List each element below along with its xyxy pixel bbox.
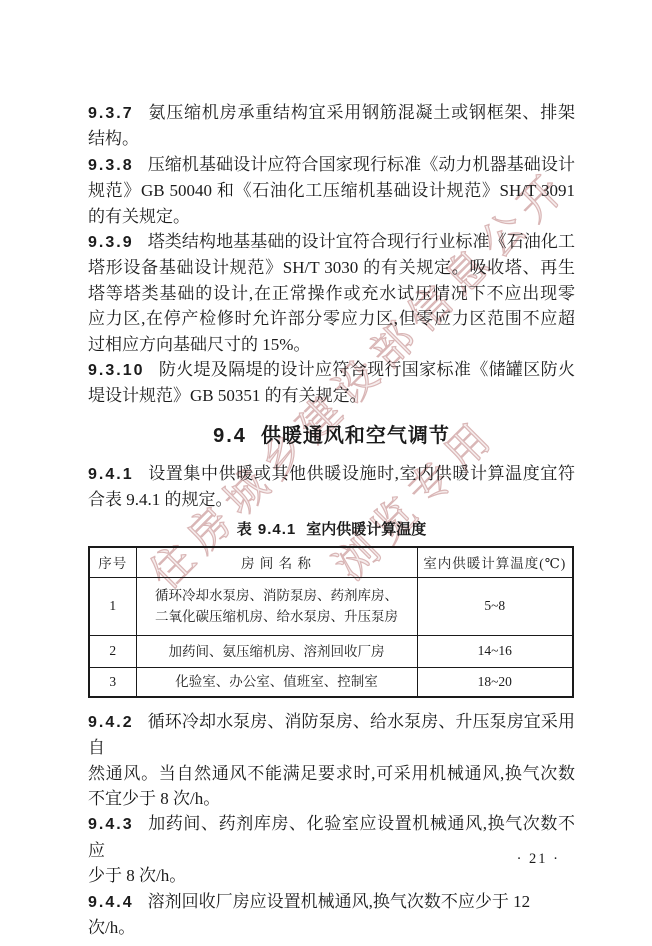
clause-text: 设置集中供暖或其他供暖设施时,室内供暖计算温度宜符: [148, 464, 575, 483]
clause-line: 9.4.1设置集中供暖或其他供暖设施时,室内供暖计算温度宜符: [88, 461, 575, 487]
rooms-cell: 循环冷却水泵房、消防泵房、药剂库房、二氧化碳压缩机房、给水泵房、升压泵房: [136, 577, 417, 635]
table-header-cell: 室内供暖计算温度(℃): [417, 547, 573, 578]
table-header-cell: 序号: [89, 547, 136, 578]
clause-line: 合表 9.4.1 的规定。: [88, 487, 575, 512]
clause-number: 9.4.4: [88, 894, 148, 911]
clause-line: 9.3.10防火堤及隔堤的设计应符合现行国家标准《储罐区防火: [88, 357, 575, 383]
table-header-cell: 房 间 名 称: [136, 547, 417, 578]
clause-9.4.2: 9.4.2循环冷却水泵房、消防泵房、给水泵房、升压泵房宜采用自然通风。当自然通风…: [88, 709, 575, 812]
clause-line: 9.3.7氨压缩机房承重结构宜采用钢筋混凝土或钢框架、排架: [88, 100, 575, 126]
clause-text: 防火堤及隔堤的设计应符合现行国家标准《储罐区防火: [158, 360, 575, 379]
clause-line: 然通风。当自然通风不能满足要求时,可采用机械通风,换气次数: [88, 761, 575, 786]
temperature-cell: 5~8: [417, 577, 573, 635]
clause-number: 9.3.8: [88, 157, 148, 174]
room-line: 循环冷却水泵房、消防泵房、药剂库房、: [139, 585, 415, 606]
clause-list-mid: 9.4.1设置集中供暖或其他供暖设施时,室内供暖计算温度宜符合表 9.4.1 的…: [88, 461, 575, 513]
clause-text: 压缩机基础设计应符合国家现行标准《动力机器基础设计: [148, 155, 575, 174]
clause-number: 9.4.3: [88, 816, 148, 833]
clause-line: 9.4.3加药间、药剂库房、化验室应设置机械通风,换气次数不应: [88, 811, 575, 863]
room-line: 二氧化碳压缩机房、给水泵房、升压泵房: [139, 606, 415, 627]
table-row: 2加药间、氨压缩机房、溶剂回收厂房14~16: [89, 635, 573, 667]
clause-line: 塔等塔类基础的设计,在正常操作或充水试压情况下不应出现零: [88, 281, 575, 306]
temperature-table: 序号房 间 名 称室内供暖计算温度(℃) 1循环冷却水泵房、消防泵房、药剂库房、…: [88, 546, 574, 698]
clause-line: 应力区,在停产检修时允许部分零应力区,但零应力区范围不应超: [88, 306, 575, 331]
clause-number: 9.4.2: [88, 714, 148, 731]
clause-list-bottom: 9.4.2循环冷却水泵房、消防泵房、给水泵房、升压泵房宜采用自然通风。当自然通风…: [88, 709, 575, 941]
clause-line: 过相应方向基础尺寸的 15%。: [88, 332, 575, 357]
rooms-cell: 加药间、氨压缩机房、溶剂回收厂房: [136, 635, 417, 667]
clause-9.4.1: 9.4.1设置集中供暖或其他供暖设施时,室内供暖计算温度宜符合表 9.4.1 的…: [88, 461, 575, 513]
clause-text: 氨压缩机房承重结构宜采用钢筋混凝土或钢框架、排架: [148, 103, 575, 122]
clause-text: 加药间、药剂库房、化验室应设置机械通风,换气次数不应: [88, 814, 575, 859]
table-row: 3化验室、办公室、值班室、控制室18~20: [89, 667, 573, 697]
clause-line: 不宜少于 8 次/h。: [88, 786, 575, 811]
clause-9.4.4: 9.4.4溶剂回收厂房应设置机械通风,换气次数不应少于 12 次/h。: [88, 889, 575, 941]
table-caption-title: 室内供暖计算温度: [306, 521, 426, 538]
clause-9.4.3: 9.4.3加药间、药剂库房、化验室应设置机械通风,换气次数不应少于 8 次/h。: [88, 811, 575, 888]
clause-text: 塔类结构地基基础的设计宜符合现行行业标准《石油化工: [148, 232, 575, 251]
clause-number: 9.4.1: [88, 466, 148, 483]
clause-text: 溶剂回收厂房应设置机械通风,换气次数不应少于 12 次/h。: [88, 892, 530, 937]
clause-9.3.7: 9.3.7氨压缩机房承重结构宜采用钢筋混凝土或钢框架、排架结构。: [88, 100, 575, 152]
clause-line: 9.4.4溶剂回收厂房应设置机械通风,换气次数不应少于 12 次/h。: [88, 889, 575, 941]
table-header-row: 序号房 间 名 称室内供暖计算温度(℃): [89, 547, 573, 578]
temperature-cell: 18~20: [417, 667, 573, 697]
clause-number: 9.3.10: [88, 362, 158, 379]
row-number-cell: 3: [89, 667, 136, 697]
clause-number: 9.3.9: [88, 234, 148, 251]
clause-line: 塔形设备基础设计规范》SH/T 3030 的有关规定。吸收塔、再生: [88, 255, 575, 280]
table-body: 1循环冷却水泵房、消防泵房、药剂库房、二氧化碳压缩机房、给水泵房、升压泵房5~8…: [89, 577, 573, 697]
clause-line: 9.3.9塔类结构地基基础的设计宜符合现行行业标准《石油化工: [88, 229, 575, 255]
page-content: 9.3.7氨压缩机房承重结构宜采用钢筋混凝土或钢框架、排架结构。9.3.8压缩机…: [88, 100, 575, 940]
clause-9.3.9: 9.3.9塔类结构地基基础的设计宜符合现行行业标准《石油化工塔形设备基础设计规范…: [88, 229, 575, 357]
temperature-cell: 14~16: [417, 635, 573, 667]
clause-line: 少于 8 次/h。: [88, 863, 575, 888]
table-caption: 表 9.4.1室内供暖计算温度: [88, 519, 575, 541]
clause-line: 的有关规定。: [88, 204, 575, 229]
rooms-cell: 化验室、办公室、值班室、控制室: [136, 667, 417, 697]
section-title: 供暖通风和空气调节: [261, 425, 450, 447]
clause-9.3.10: 9.3.10防火堤及隔堤的设计应符合现行国家标准《储罐区防火堤设计规范》GB 5…: [88, 357, 575, 409]
table-row: 1循环冷却水泵房、消防泵房、药剂库房、二氧化碳压缩机房、给水泵房、升压泵房5~8: [89, 577, 573, 635]
clause-9.3.8: 9.3.8压缩机基础设计应符合国家现行标准《动力机器基础设计规范》GB 5004…: [88, 152, 575, 229]
row-number-cell: 2: [89, 635, 136, 667]
clause-line: 9.3.8压缩机基础设计应符合国家现行标准《动力机器基础设计: [88, 152, 575, 178]
page-number: · 21 ·: [517, 851, 560, 868]
clause-line: 堤设计规范》GB 50351 的有关规定。: [88, 383, 575, 408]
clause-line: 9.4.2循环冷却水泵房、消防泵房、给水泵房、升压泵房宜采用自: [88, 709, 575, 761]
clause-text: 循环冷却水泵房、消防泵房、给水泵房、升压泵房宜采用自: [88, 712, 575, 757]
document-page: 住房城乡建设部信息公开 浏览专用 9.3.7氨压缩机房承重结构宜采用钢筋混凝土或…: [0, 0, 652, 946]
room-line: 化验室、办公室、值班室、控制室: [139, 671, 415, 692]
row-number-cell: 1: [89, 577, 136, 635]
clause-list-top: 9.3.7氨压缩机房承重结构宜采用钢筋混凝土或钢框架、排架结构。9.3.8压缩机…: [88, 100, 575, 409]
table-caption-number: 表 9.4.1: [237, 521, 297, 538]
clause-line: 规范》GB 50040 和《石油化工压缩机基础设计规范》SH/T 3091: [88, 178, 575, 203]
clause-number: 9.3.7: [88, 105, 148, 122]
room-line: 加药间、氨压缩机房、溶剂回收厂房: [139, 641, 415, 662]
section-heading: 9.4供暖通风和空气调节: [88, 423, 575, 449]
section-number: 9.4: [213, 425, 247, 447]
clause-line: 结构。: [88, 126, 575, 151]
